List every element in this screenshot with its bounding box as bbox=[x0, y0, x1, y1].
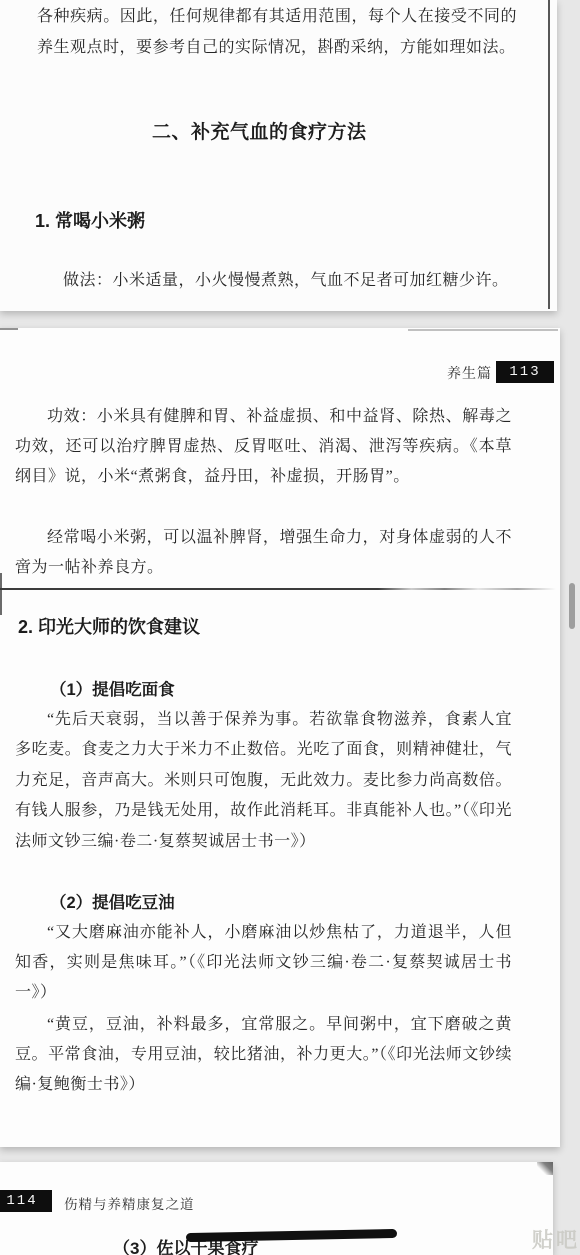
scan-edge-mark bbox=[408, 329, 558, 331]
paragraph-wheat: “先后天衰弱，当以善于保养为事。若欲靠食物滋养，食素人宜多吃麦。食麦之力大于米力… bbox=[15, 705, 512, 858]
page-number-badge: 113 bbox=[496, 361, 554, 383]
subheading-wheat: （1）提倡吃面食 bbox=[50, 676, 175, 700]
paragraph-method: 做法：小米适量，小火慢慢煮熟，气血不足者可加红糖少许。 bbox=[63, 266, 523, 296]
subheading-millet: 1. 常喝小米粥 bbox=[35, 207, 145, 233]
section-divider-line bbox=[0, 588, 556, 590]
paragraph-effect: 功效：小米具有健脾和胃、补益虚损、和中益肾、除热、解毒之功效，还可以治疗脾胃虚热… bbox=[15, 402, 512, 523]
paragraph-oil-1: “又大磨麻油亦能补人，小磨麻油以炒焦枯了，力道退半，人但知香，实则是焦味耳。”（… bbox=[15, 918, 512, 1011]
subheading-soy-oil: （2）提倡吃豆油 bbox=[50, 889, 175, 913]
running-head: 伤精与养精康复之道 bbox=[64, 1193, 195, 1213]
page-edge-line bbox=[548, 0, 550, 309]
page-corner-mark bbox=[537, 1162, 553, 1175]
subheading-yinguang: 2. 印光大师的饮食建议 bbox=[18, 613, 200, 639]
left-edge-tick bbox=[0, 573, 2, 615]
paragraph-intro: 各种疾病。因此，任何规律都有其适用范围，每个人在接受不同的养生观点时，要参考自己… bbox=[37, 1, 517, 65]
book-page-113: 养生篇 113 功效：小米具有健脾和胃、补益虚损、和中益肾、除热、解毒之功效，还… bbox=[0, 328, 560, 1147]
section-heading: 二、补充气血的食疗方法 bbox=[152, 117, 367, 144]
watermark: 贴吧 bbox=[532, 1224, 580, 1254]
book-page-114: 114 伤精与养精康复之道 （3）佐以干果食疗 bbox=[0, 1162, 553, 1255]
scan-edge-mark bbox=[0, 328, 18, 330]
paragraph-oil-2: “黄豆，豆油，补料最多，宜常服之。早间粥中，宜下磨破之黄豆。平常食油，专用豆油，… bbox=[15, 1010, 512, 1103]
scrollbar-thumb[interactable] bbox=[569, 583, 575, 629]
black-marker-redaction bbox=[186, 1229, 397, 1242]
paragraph-summary: 经常喝小米粥，可以温补脾肾，增强生命力，对身体虚弱的人不啻为一帖补养良方。 bbox=[15, 523, 512, 585]
running-head: 养生篇 bbox=[447, 363, 492, 383]
page-number-badge: 114 bbox=[0, 1190, 52, 1212]
stitched-book-screenshot: 各种疾病。因此，任何规律都有其适用范围，每个人在接受不同的养生观点时，要参考自己… bbox=[0, 0, 580, 1255]
book-page-top: 各种疾病。因此，任何规律都有其适用范围，每个人在接受不同的养生观点时，要参考自己… bbox=[0, 0, 557, 311]
